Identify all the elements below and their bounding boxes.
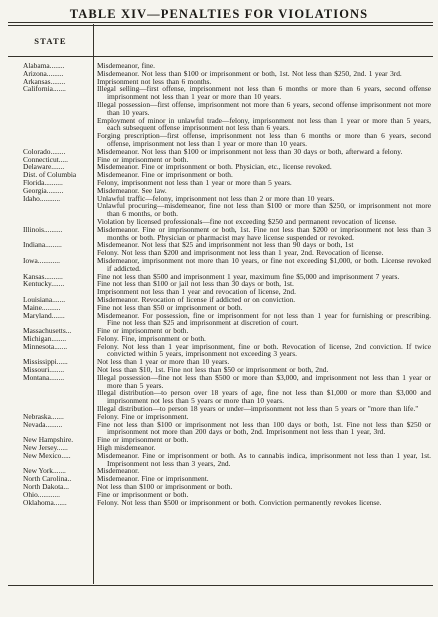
table-row: North Dakota... Not less than $100 or im… xyxy=(8,483,433,491)
state-name: Massachusetts... xyxy=(8,327,93,335)
table-row: Montana........ Illegal possession—fine … xyxy=(8,374,433,413)
table-body: Alabama........ Misdemeanor, fine. Arizo… xyxy=(8,57,433,585)
table-row: Maryland....... Misdemeanor. For possess… xyxy=(8,312,433,328)
state-name: California....... xyxy=(8,85,93,93)
state-name: Alabama........ xyxy=(8,62,93,70)
bottom-rule xyxy=(8,585,433,586)
state-name: Arkansas........ xyxy=(8,78,93,86)
penalty-text: Misdemeanor. For possession, fine or imp… xyxy=(97,312,431,328)
state-name: North Dakota... xyxy=(8,483,93,491)
state-name: Oklahoma....... xyxy=(8,499,93,507)
state-name: Iowa............ xyxy=(8,257,93,265)
state-name: Maine.......... xyxy=(8,304,93,312)
table-row: California....... Illegal selling—first … xyxy=(8,85,433,147)
penalty-text: Illegal possession—fine not less than $5… xyxy=(97,374,431,390)
state-name: New Mexico..... xyxy=(8,452,93,460)
penalty-text: Misdemeanor, imprisonment not more than … xyxy=(97,257,431,273)
state-name: Indiana......... xyxy=(8,241,93,249)
state-name: Missouri........ xyxy=(8,366,93,374)
penalty-cell: Misdemeanor. Fine or imprisonment or bot… xyxy=(93,226,433,242)
table-row: Florida.......... Felony, imprisonment n… xyxy=(8,179,433,187)
state-name: Delaware....... xyxy=(8,163,93,171)
state-name: Minnesota....... xyxy=(8,343,93,351)
page-title: TABLE XIV—PENALTIES FOR VIOLATIONS xyxy=(0,0,438,22)
state-name: Nevada......... xyxy=(8,421,93,429)
state-name: Ohio............ xyxy=(8,491,93,499)
table-row: New Hampshire. Fine or imprisonment or b… xyxy=(8,436,433,444)
table-row: Idaho........... Unlawful traffic—felony… xyxy=(8,195,433,226)
state-name: Nebraska....... xyxy=(8,413,93,421)
state-name: Michigan........ xyxy=(8,335,93,343)
table-row: Oklahoma....... Felony. Not less than $5… xyxy=(8,499,433,507)
penalty-cell: Misdemeanor. Not less that $25 and impri… xyxy=(93,241,433,257)
penalty-cell: Illegal possession—fine not less than $5… xyxy=(93,374,433,413)
state-name: Maryland....... xyxy=(8,312,93,320)
state-name: Idaho........... xyxy=(8,195,93,203)
penalty-cell: Fine not less than $100 or jail not less… xyxy=(93,280,433,296)
table-row: New Mexico..... Misdemeanor. Fine or imp… xyxy=(8,452,433,468)
table-row: Illinois.......... Misdemeanor. Fine or … xyxy=(8,226,433,242)
penalty-text: Forging prescription—first offense, impr… xyxy=(97,132,431,148)
penalty-text: Fine not less than $100 or imprisonment … xyxy=(97,421,431,437)
penalty-text: Employment of minor in unlawful trade—fe… xyxy=(97,117,431,133)
state-name: Kentucky....... xyxy=(8,280,93,288)
table-row: New York....... Misdemeanor. xyxy=(8,467,433,475)
state-name: New Jersey...... xyxy=(8,444,93,452)
penalty-cell: Fine not less than $100 or imprisonment … xyxy=(93,421,433,437)
penalties-table: STATE Alabama........ Misdemeanor, fine.… xyxy=(8,22,433,586)
penalty-cell: Felony. Not less than 1 year imprisonmen… xyxy=(93,343,433,359)
penalty-cell: Unlawful traffic—felony, imprisonment no… xyxy=(93,195,433,226)
state-name: Florida.......... xyxy=(8,179,93,187)
penalty-text: Unlawful procuring—misdemeanor, fine not… xyxy=(97,202,431,218)
scanned-document-page: { "title": "TABLE XIV—PENALTIES FOR VIOL… xyxy=(0,0,438,617)
penalty-text: Misdemeanor. Fine or imprisonment or bot… xyxy=(97,452,431,468)
state-name: Kansas.......... xyxy=(8,273,93,281)
state-column-header: STATE xyxy=(8,36,93,46)
state-name: Georgia......... xyxy=(8,187,93,195)
penalty-text: Felony. Not less than 1 year imprisonmen… xyxy=(97,343,431,359)
table-row: Indiana......... Misdemeanor. Not less t… xyxy=(8,241,433,257)
column-divider-line xyxy=(93,24,94,584)
state-name: Louisiana....... xyxy=(8,296,93,304)
table-row: Iowa............ Misdemeanor, imprisonme… xyxy=(8,257,433,273)
penalty-text: Misdemeanor. Fine or imprisonment or bot… xyxy=(97,226,431,242)
state-name: Mississippi...... xyxy=(8,358,93,366)
table-row: Colorado........ Misdemeanor. Not less t… xyxy=(8,148,433,156)
penalty-cell: Misdemeanor. Fine or imprisonment or bot… xyxy=(93,452,433,468)
penalty-text: Illegal selling—first offense, imprisonm… xyxy=(97,85,431,101)
penalty-text: Felony. Not less than $500 or imprisonme… xyxy=(97,499,431,507)
state-name: New York....... xyxy=(8,467,93,475)
table-row: Kentucky....... Fine not less than $100 … xyxy=(8,280,433,296)
state-name: Colorado........ xyxy=(8,148,93,156)
state-name: North Carolina.. xyxy=(8,475,93,483)
penalty-cell: Misdemeanor, imprisonment not more than … xyxy=(93,257,433,273)
state-name: Arizona......... xyxy=(8,70,93,78)
penalty-cell: Felony. Not less than $500 or imprisonme… xyxy=(93,499,433,507)
penalty-cell: Illegal selling—first offense, imprisonm… xyxy=(93,85,433,147)
state-name: Montana........ xyxy=(8,374,93,382)
table-header-row: STATE xyxy=(8,26,433,56)
penalty-cell: Misdemeanor. For possession, fine or imp… xyxy=(93,312,433,328)
table-row: Arizona......... Misdemeanor. Not less t… xyxy=(8,70,433,78)
state-name: New Hampshire. xyxy=(8,436,93,444)
penalty-text: Illegal possession—first offense, impris… xyxy=(97,101,431,117)
table-row: Minnesota....... Felony. Not less than 1… xyxy=(8,343,433,359)
state-name: Illinois.......... xyxy=(8,226,93,234)
state-name: Dist. of Columbia xyxy=(8,171,93,179)
table-row: Nevada......... Fine not less than $100 … xyxy=(8,421,433,437)
table-row: Massachusetts... Fine or imprisonment or… xyxy=(8,327,433,335)
penalty-text: Illegal distribution—to person over 18 y… xyxy=(97,389,431,405)
state-name: Connecticut..... xyxy=(8,156,93,164)
